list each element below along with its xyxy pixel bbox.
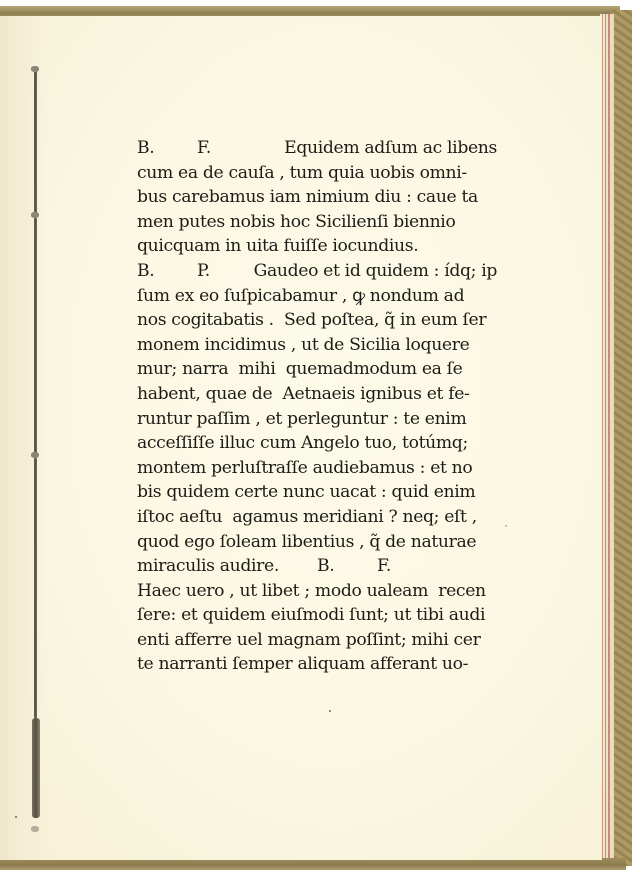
text-line: habent, quae de Aetnaeis ignibus et fe- [137, 382, 497, 407]
book-scan: B.F. Equidem adſum ac libens cum ea de c… [0, 0, 640, 876]
text-line: quicquam in uita fuiſſe iocundius. [137, 234, 497, 259]
text-line: ſere: et quidem eiuſmodi ſunt; ut tibi a… [137, 603, 497, 628]
text-line: acceſſiſſe illuc cum Angelo tuo, totúmq; [137, 431, 497, 456]
text-line: nos cogitabatis . Sed poſtea, q̃ in eum … [137, 308, 497, 333]
line-text: miraculis audire. [137, 556, 279, 576]
page-block-edges [600, 14, 614, 862]
text-line: quod ego ſoleam libentius , q̃ de natura… [137, 530, 497, 555]
text-line: miraculis audire.B.F. [137, 554, 497, 579]
binding-thread-knot [31, 66, 39, 72]
text-line: Haec uero , ut libet ; modo ualeam recen [137, 579, 497, 604]
speaker-label: P. [197, 259, 252, 284]
text-line: cum ea de cauſa , tum quia uobis omni- [137, 161, 497, 186]
page-text: B.F. Equidem adſum ac libens cum ea de c… [137, 136, 497, 677]
text-line: te narranti ſemper aliquam afferant uo- [137, 652, 497, 677]
paper-speck [505, 525, 507, 527]
speaker-label: B. [317, 554, 377, 579]
text-line: bus carebamus iam nimium diu : caue ta [137, 185, 497, 210]
text-line: bis quidem certe nunc uacat : quid enim [137, 480, 497, 505]
cover-right-edge [612, 10, 632, 866]
speaker-label: B. [137, 136, 197, 161]
text-line: monem incidimus , ut de Sicilia loquere [137, 333, 497, 358]
text-line: mur; narra mihi quemadmodum ea ſe [137, 357, 497, 382]
text-line: runtur paſſim , et perleguntur : te enim [137, 407, 497, 432]
paper-speck [329, 710, 331, 712]
text-line: ſum ex eo ſuſpicabamur , ꝙ nondum ad [137, 284, 497, 309]
binding-thread [34, 218, 37, 458]
line-text: Equidem adſum ac libens [284, 136, 497, 161]
text-line: montem perluſtraſſe audiebamus : et no [137, 456, 497, 481]
speaker-labels: B.F. [137, 136, 252, 161]
binding-thread-knot [31, 826, 39, 832]
binding-thread [34, 70, 37, 215]
text-line: B.P. Gaudeo et id quidem : ídq; ip [137, 259, 497, 284]
text-line: iſtoc aeſtu agamus meridiani ? neq; eſt … [137, 505, 497, 530]
binding-thread-frayed [32, 718, 40, 818]
speaker-label: F. [197, 136, 252, 161]
binding-thread [34, 458, 37, 718]
paper-speck [15, 816, 17, 818]
text-line: enti afferre uel magnam poſſint; mihi ce… [137, 628, 497, 653]
text-line: B.F. Equidem adſum ac libens [137, 136, 497, 161]
speaker-label: F. [377, 556, 391, 576]
line-text: Gaudeo et id quidem : ídq; ip [254, 259, 497, 284]
text-line: men putes nobis hoc Sicilienſi biennio [137, 210, 497, 235]
speaker-label: B. [137, 259, 197, 284]
speaker-labels: B.P. [137, 259, 252, 284]
